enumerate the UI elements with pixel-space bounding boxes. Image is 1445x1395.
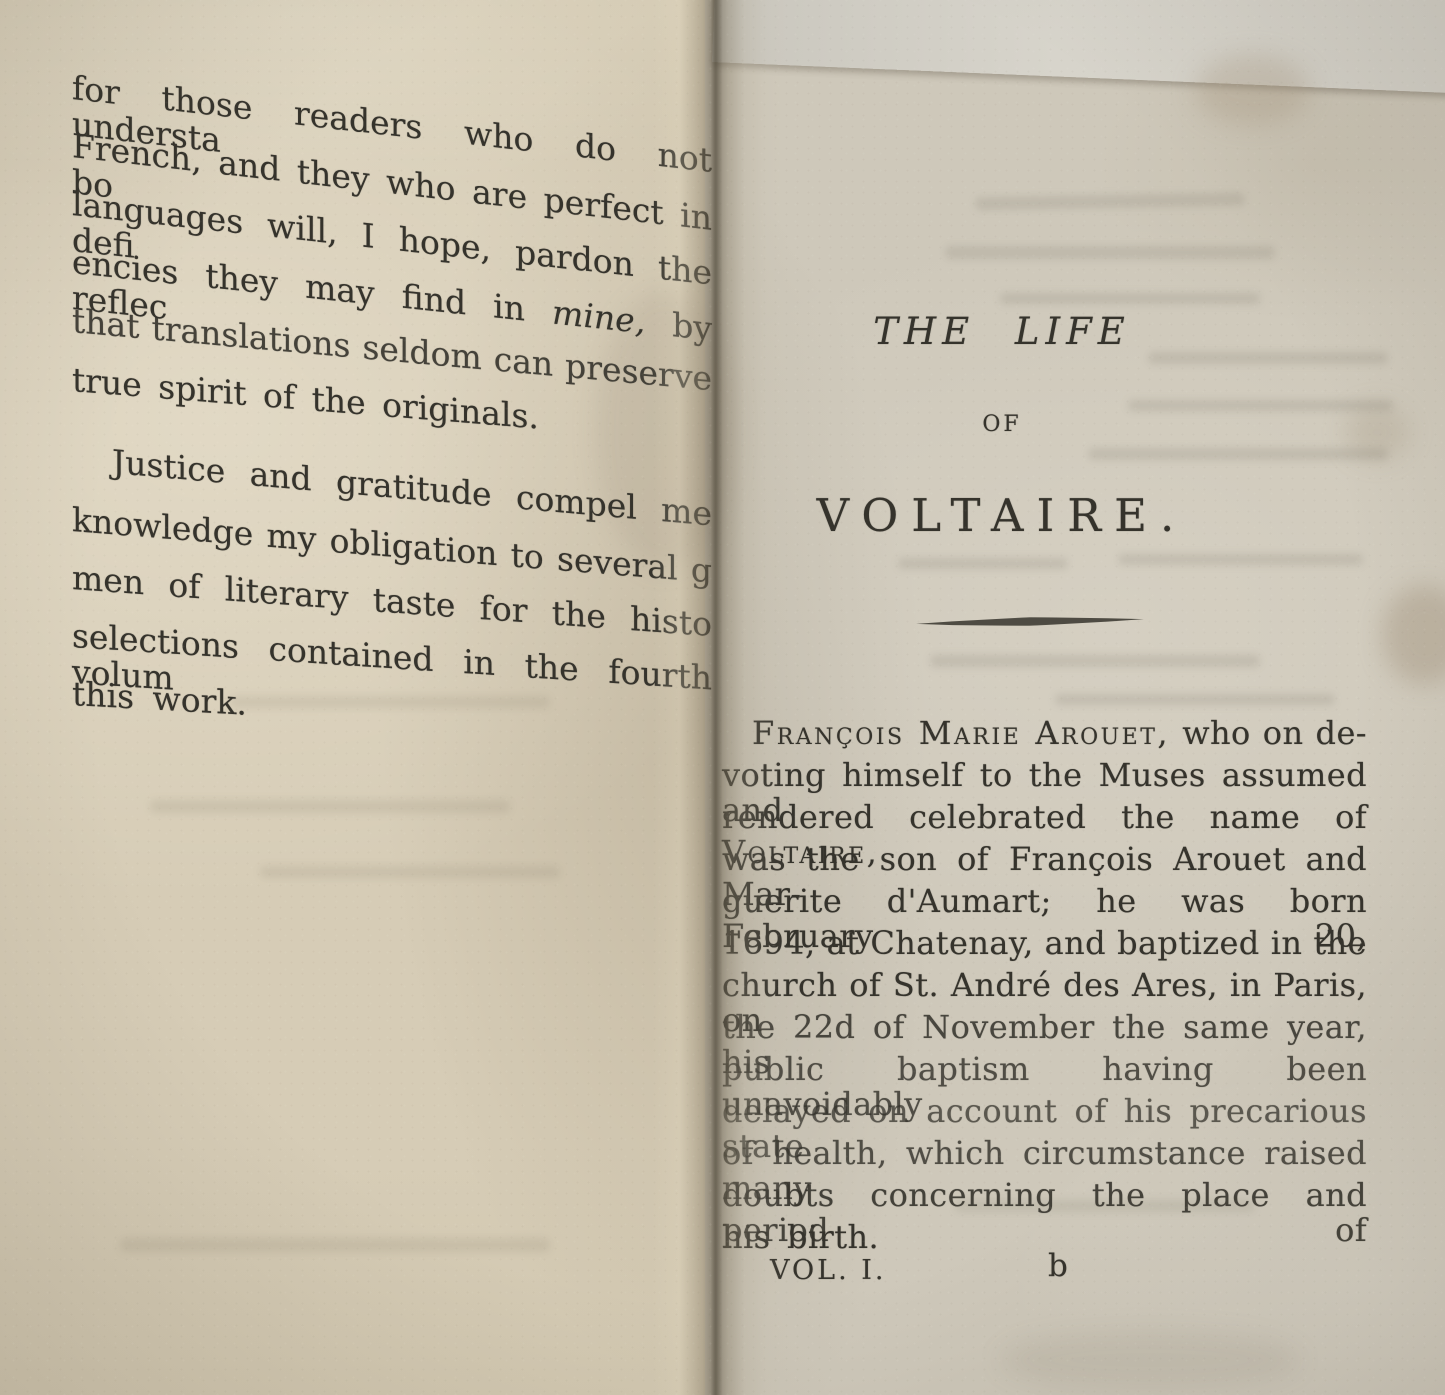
body-text-segment: who on de-: [1170, 714, 1367, 752]
book-photo: viii PREFACE. for those readers who do n…: [0, 0, 1445, 1395]
author-name-smallcaps: François Marie Arouet,: [752, 714, 1170, 752]
body-text-line: his birth.: [722, 1220, 1367, 1255]
title-line-voltaire: VOLTAIRE.: [722, 492, 1282, 541]
body-text-segment: rendered celebrated the name of: [722, 798, 1367, 836]
signature-mark: b: [1048, 1250, 1068, 1283]
body-text-line: 1694, at Chatenay, and baptized in the: [722, 926, 1367, 961]
title-line-the-life: THE LIFE: [722, 312, 1282, 352]
volume-label: VOL. I.: [770, 1256, 887, 1285]
title-line-of: OF: [722, 413, 1282, 437]
body-text-line: François Marie Arouet, who on de-: [752, 716, 1367, 751]
